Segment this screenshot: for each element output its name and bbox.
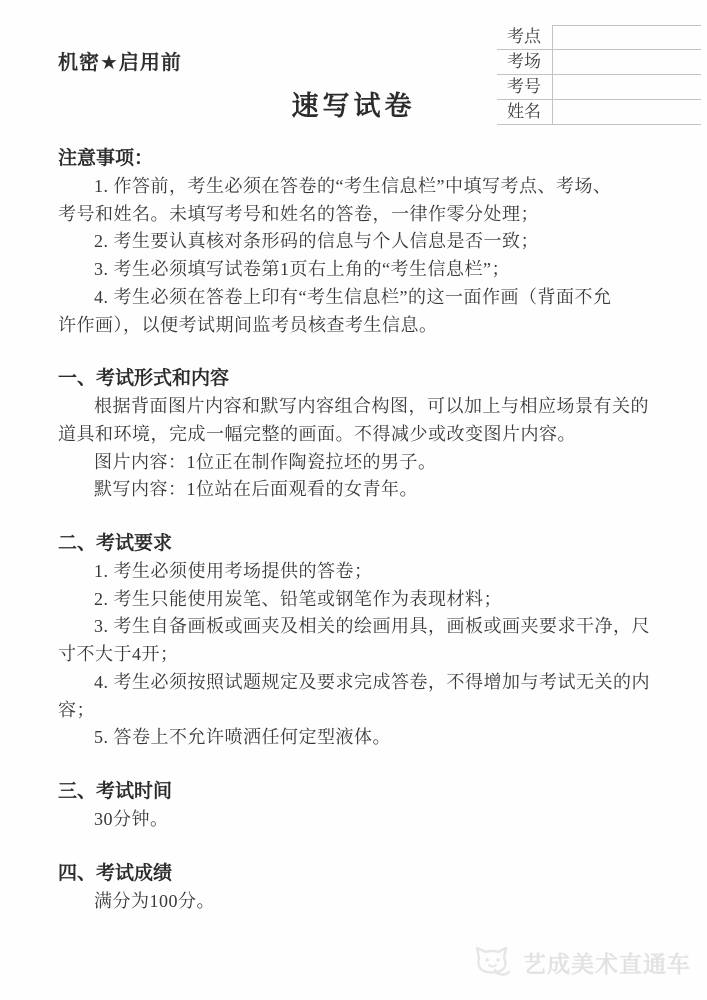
- info-value-cell: [552, 75, 701, 99]
- text-line: 道具和环境，完成一幅完整的画面。不得减少或改变图片内容。: [58, 421, 650, 449]
- section-heading: 一、考试形式和内容: [58, 365, 650, 393]
- info-table-row: 考号: [497, 75, 701, 100]
- section: 一、考试形式和内容根据背面图片内容和默写内容组合构图，可以加上与相应场景有关的道…: [58, 365, 650, 504]
- cat-logo-icon: [473, 944, 515, 980]
- document-body: 注意事项：1. 作答前，考生必须在答卷的“考生信息栏”中填写考点、考场、考号和姓…: [58, 145, 650, 915]
- candidate-info-table: 考点考场考号姓名: [497, 25, 701, 125]
- info-label: 姓名: [497, 100, 552, 124]
- info-label: 考点: [497, 25, 552, 49]
- exam-paper-page: 机密★启用前 速写试卷 考点考场考号姓名 注意事项：1. 作答前，考生必须在答卷…: [0, 0, 707, 1000]
- section-heading: 四、考试成绩: [58, 860, 650, 888]
- info-value-cell: [552, 100, 701, 124]
- text-line: 30分钟。: [58, 806, 650, 834]
- info-table-row: 考场: [497, 50, 701, 75]
- section-heading: 三、考试时间: [58, 778, 650, 806]
- section-heading: 二、考试要求: [58, 530, 650, 558]
- text-line: 3. 考生必须填写试卷第1页右上角的“考生信息栏”；: [58, 256, 650, 284]
- info-value-cell: [552, 25, 701, 49]
- text-line: 4. 考生必须按照试题规定及要求完成答卷，不得增加与考试无关的内: [58, 669, 650, 697]
- info-table-row: 考点: [497, 25, 701, 50]
- text-line: 许作画），以便考试期间监考员核查考生信息。: [58, 312, 650, 340]
- text-line: 默写内容：1位站在后面观看的女青年。: [58, 476, 650, 504]
- text-line: 4. 考生必须在答卷上印有“考生信息栏”的这一面作画（背面不允: [58, 284, 650, 312]
- section-heading: 注意事项：: [58, 145, 650, 173]
- text-line: 满分为100分。: [58, 888, 650, 916]
- header: 机密★启用前 速写试卷 考点考场考号姓名: [0, 0, 707, 145]
- section: 注意事项：1. 作答前，考生必须在答卷的“考生信息栏”中填写考点、考场、考号和姓…: [58, 145, 650, 339]
- text-line: 2. 考生只能使用炭笔、铅笔或钢笔作为表现材料；: [58, 586, 650, 614]
- text-line: 3. 考生自备画板或画夹及相关的绘画用具，画板或画夹要求干净，尺: [58, 613, 650, 641]
- section: 三、考试时间30分钟。: [58, 778, 650, 834]
- text-line: 考号和姓名。未填写考号和姓名的答卷，一律作零分处理；: [58, 201, 650, 229]
- text-line: 5. 答卷上不允许喷洒任何定型液体。: [58, 724, 650, 752]
- text-line: 根据背面图片内容和默写内容组合构图，可以加上与相应场景有关的: [58, 393, 650, 421]
- info-label: 考场: [497, 50, 552, 74]
- info-table-row: 姓名: [497, 100, 701, 125]
- text-line: 图片内容：1位正在制作陶瓷拉坯的男子。: [58, 449, 650, 477]
- text-line: 2. 考生要认真核对条形码的信息与个人信息是否一致；: [58, 228, 650, 256]
- watermark: 艺成美术直通车: [473, 944, 691, 980]
- text-line: 寸不大于4开；: [58, 641, 650, 669]
- watermark-text: 艺成美术直通车: [523, 946, 691, 979]
- info-label: 考号: [497, 75, 552, 99]
- section: 二、考试要求1. 考生必须使用考场提供的答卷；2. 考生只能使用炭笔、铅笔或钢笔…: [58, 530, 650, 752]
- confidential-label: 机密★启用前: [58, 46, 182, 75]
- text-line: 1. 考生必须使用考场提供的答卷；: [58, 558, 650, 586]
- text-line: 1. 作答前，考生必须在答卷的“考生信息栏”中填写考点、考场、: [58, 173, 650, 201]
- text-line: 容；: [58, 697, 650, 725]
- section: 四、考试成绩满分为100分。: [58, 860, 650, 916]
- info-value-cell: [552, 50, 701, 74]
